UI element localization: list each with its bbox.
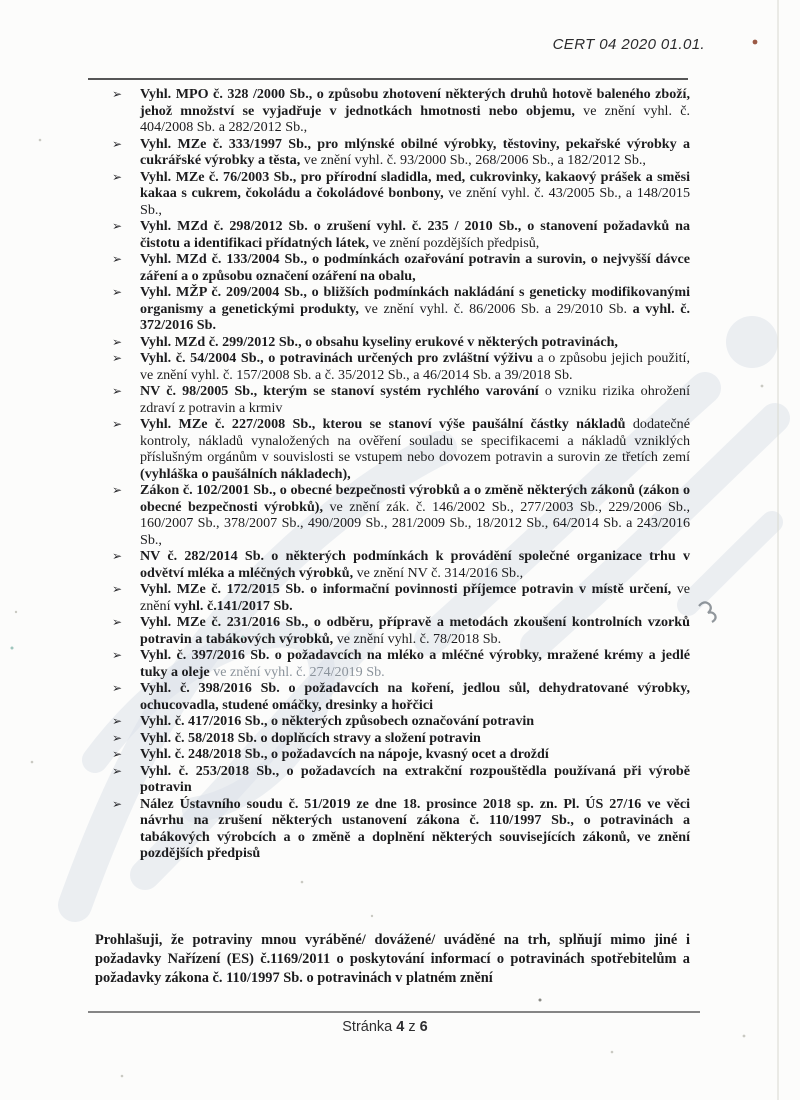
arrow-bullet-icon: ➢ (112, 218, 140, 235)
regulation-item: ➢Nález Ústavního soudu č. 51/2019 ze dne… (112, 796, 690, 862)
arrow-bullet-icon: ➢ (112, 251, 140, 268)
regulation-item: ➢Vyhl. MZe č. 172/2015 Sb. o informační … (112, 581, 690, 614)
document-header: CERT 04 2020 01.01. (0, 36, 705, 53)
arrow-bullet-icon: ➢ (112, 169, 140, 186)
regulation-text: Vyhl. č. 417/2016 Sb., o některých způso… (140, 713, 690, 730)
regulation-text: Vyhl. MZd č. 299/2012 Sb., o obsahu kyse… (140, 334, 690, 351)
arrow-bullet-icon: ➢ (112, 647, 140, 664)
arrow-bullet-icon: ➢ (112, 86, 140, 103)
regulation-item: ➢NV č. 98/2005 Sb., kterým se stanoví sy… (112, 383, 690, 416)
arrow-bullet-icon: ➢ (112, 746, 140, 763)
arrow-bullet-icon: ➢ (112, 763, 140, 780)
regulation-item: ➢Vyhl. MŽP č. 209/2004 Sb., o bližších p… (112, 284, 690, 334)
arrow-bullet-icon: ➢ (112, 383, 140, 400)
regulation-text: Zákon č. 102/2001 Sb., o obecné bezpečno… (140, 482, 690, 548)
regulation-text: Nález Ústavního soudu č. 51/2019 ze dne … (140, 796, 690, 862)
regulation-item: ➢NV č. 282/2014 Sb. o některých podmínká… (112, 548, 690, 581)
regulation-item: ➢Vyhl. č. 398/2016 Sb. o požadavcích na … (112, 680, 690, 713)
doc-code: CERT 04 2020 01.01. (553, 36, 705, 53)
arrow-bullet-icon: ➢ (112, 581, 140, 598)
regulation-item: ➢Vyhl. MZe č. 76/2003 Sb., pro přírodní … (112, 169, 690, 219)
regulation-item: ➢Vyhl. MZe č. 227/2008 Sb., kterou se st… (112, 416, 690, 482)
regulation-text: Vyhl. č. 398/2016 Sb. o požadavcích na k… (140, 680, 690, 713)
regulation-list: ➢Vyhl. MPO č. 328 /2000 Sb., o způsobu z… (112, 86, 690, 862)
footer-total-pages: 6 (420, 1019, 428, 1035)
arrow-bullet-icon: ➢ (112, 136, 140, 153)
regulation-item: ➢Vyhl. MZd č. 299/2012 Sb., o obsahu kys… (112, 334, 690, 351)
arrow-bullet-icon: ➢ (112, 350, 140, 367)
regulation-text: Vyhl. MZe č. 227/2008 Sb., kterou se sta… (140, 416, 690, 482)
page-footer: Stránka 4 z 6 (0, 1019, 770, 1035)
regulation-item: ➢Vyhl. MZd č. 133/2004 Sb., o podmínkách… (112, 251, 690, 284)
arrow-bullet-icon: ➢ (112, 334, 140, 351)
regulation-text: Vyhl. č. 397/2016 Sb. o požadavcích na m… (140, 647, 690, 680)
regulation-text: Vyhl. č. 253/2018 Sb., o požadavcích na … (140, 763, 690, 796)
regulation-text: Vyhl. MZd č. 133/2004 Sb., o podmínkách … (140, 251, 690, 284)
regulation-item: ➢Vyhl. č. 253/2018 Sb., o požadavcích na… (112, 763, 690, 796)
regulation-item: ➢Vyhl. č. 417/2016 Sb., o některých způs… (112, 713, 690, 730)
regulation-item: ➢Zákon č. 102/2001 Sb., o obecné bezpečn… (112, 482, 690, 548)
regulation-text: Vyhl. MZe č. 333/1997 Sb., pro mlýnské o… (140, 136, 690, 169)
arrow-bullet-icon: ➢ (112, 796, 140, 813)
document-page: CERT 04 2020 01.01. ➢Vyhl. MPO č. 328 /2… (0, 0, 800, 1100)
arrow-bullet-icon: ➢ (112, 713, 140, 730)
footer-rule (88, 1011, 700, 1013)
regulation-item: ➢Vyhl. č. 58/2018 Sb. o doplňcích stravy… (112, 730, 690, 747)
regulation-text: Vyhl. MZd č. 298/2012 Sb. o zrušení vyhl… (140, 218, 690, 251)
regulation-text: Vyhl. MZe č. 231/2016 Sb., o odběru, pří… (140, 614, 690, 647)
regulation-text: Vyhl. č. 54/2004 Sb., o potravinách urče… (140, 350, 690, 383)
regulation-text: Vyhl. č. 248/2018 Sb., o požadavcích na … (140, 746, 690, 763)
regulation-text: Vyhl. č. 58/2018 Sb. o doplňcích stravy … (140, 730, 690, 747)
header-rule (88, 78, 688, 80)
arrow-bullet-icon: ➢ (112, 284, 140, 301)
regulation-text: NV č. 98/2005 Sb., kterým se stanoví sys… (140, 383, 690, 416)
footer-page-number: 4 (396, 1019, 404, 1035)
regulation-text: Vyhl. MZe č. 172/2015 Sb. o informační p… (140, 581, 690, 614)
footer-page-label: Stránka (342, 1019, 392, 1035)
regulation-text: Vyhl. MŽP č. 209/2004 Sb., o bližších po… (140, 284, 690, 334)
footer-separator: z (408, 1019, 415, 1035)
arrow-bullet-icon: ➢ (112, 548, 140, 565)
regulation-item: ➢Vyhl. MZe č. 231/2016 Sb., o odběru, př… (112, 614, 690, 647)
regulation-text: Vyhl. MPO č. 328 /2000 Sb., o způsobu zh… (140, 86, 690, 136)
regulation-item: ➢Vyhl. č. 397/2016 Sb. o požadavcích na … (112, 647, 690, 680)
arrow-bullet-icon: ➢ (112, 730, 140, 747)
regulation-item: ➢Vyhl. MZd č. 298/2012 Sb. o zrušení vyh… (112, 218, 690, 251)
regulation-text: NV č. 282/2014 Sb. o některých podmínkác… (140, 548, 690, 581)
regulation-item: ➢Vyhl. č. 54/2004 Sb., o potravinách urč… (112, 350, 690, 383)
arrow-bullet-icon: ➢ (112, 416, 140, 433)
regulation-item: ➢Vyhl. MZe č. 333/1997 Sb., pro mlýnské … (112, 136, 690, 169)
arrow-bullet-icon: ➢ (112, 680, 140, 697)
regulation-item: ➢Vyhl. MPO č. 328 /2000 Sb., o způsobu z… (112, 86, 690, 136)
declaration-paragraph: Prohlašuji, že potraviny mnou vyráběné/ … (95, 931, 690, 988)
regulation-item: ➢Vyhl. č. 248/2018 Sb., o požadavcích na… (112, 746, 690, 763)
arrow-bullet-icon: ➢ (112, 482, 140, 499)
arrow-bullet-icon: ➢ (112, 614, 140, 631)
regulation-text: Vyhl. MZe č. 76/2003 Sb., pro přírodní s… (140, 169, 690, 219)
